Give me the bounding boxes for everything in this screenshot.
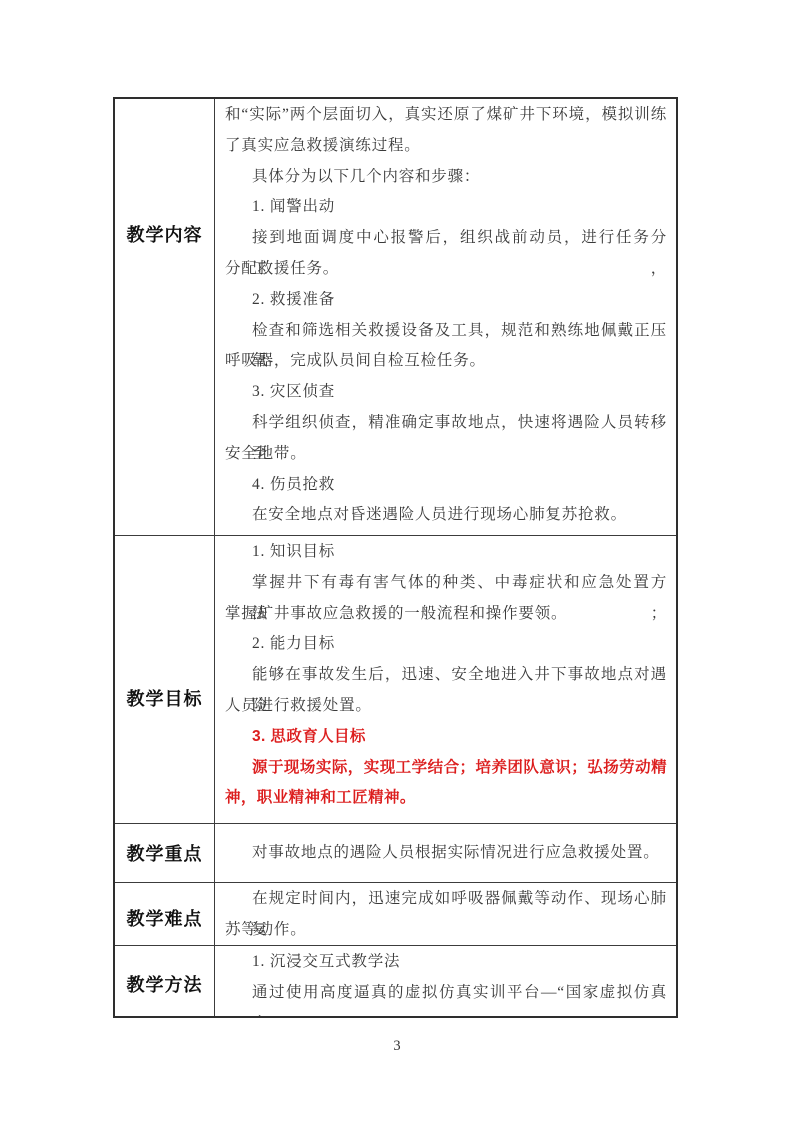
row-body-cell: 对事故地点的遇险人员根据实际情况进行应急救援处置。 — [215, 824, 676, 882]
row-header-cell: 教学方法 — [115, 946, 215, 1016]
row-label-teaching-methods: 教学方法 — [115, 973, 214, 997]
page-number: 3 — [0, 1038, 794, 1055]
content-line: 了真实应急救援演练过程。 — [225, 131, 667, 162]
row-body-cell: 1. 沉浸交互式教学法 通过使用高度逼真的虚拟仿真实训平台—“国家虚拟仿真实 — [215, 946, 676, 1016]
table-row-teaching-objectives: 教学目标 1. 知识目标 掌握井下有毒有害气体的种类、中毒症状和应急处置方法； … — [115, 535, 676, 823]
content-line: 能够在事故发生后，迅速、安全地进入井下事故地点对遇险 — [225, 660, 667, 691]
content-line: 对事故地点的遇险人员根据实际情况进行应急救援处置。 — [225, 838, 667, 869]
row-header-cell: 教学难点 — [115, 883, 215, 945]
content-line: 苏等动作。 — [225, 915, 667, 945]
content-line: 在规定时间内，迅速完成如呼吸器佩戴等动作、现场心肺复 — [225, 884, 667, 915]
content-line: 人员进行救援处置。 — [225, 691, 667, 722]
content-line: 2. 能力目标 — [225, 629, 667, 660]
content-line: 通过使用高度逼真的虚拟仿真实训平台—“国家虚拟仿真实 — [225, 978, 667, 1009]
content-line: 2. 救援准备 — [225, 285, 667, 316]
row-label-teaching-focus: 教学重点 — [115, 842, 214, 866]
table-row-teaching-content: 教学内容 和“实际”两个层面切入，真实还原了煤矿井下环境，模拟训练 了真实应急救… — [115, 99, 676, 535]
content-line: 在安全地点对昏迷遇险人员进行现场心肺复苏抢救。 — [225, 500, 667, 531]
content-line: 具体分为以下几个内容和步骤： — [225, 162, 667, 193]
content-line: 1. 知识目标 — [225, 537, 667, 568]
row-label-teaching-objectives: 教学目标 — [115, 687, 214, 711]
row-body-cell: 在规定时间内，迅速完成如呼吸器佩戴等动作、现场心肺复 苏等动作。 — [215, 883, 676, 945]
table-row-teaching-methods: 教学方法 1. 沉浸交互式教学法 通过使用高度逼真的虚拟仿真实训平台—“国家虚拟… — [115, 945, 676, 1016]
row-header-cell: 教学目标 — [115, 536, 215, 823]
content-line: 1. 闻警出动 — [225, 192, 667, 223]
row-label-teaching-content: 教学内容 — [115, 223, 214, 247]
content-line: 安全地带。 — [225, 439, 667, 470]
row-body-cell: 1. 知识目标 掌握井下有毒有害气体的种类、中毒症状和应急处置方法； 掌握矿井事… — [215, 536, 676, 823]
lesson-plan-table: 教学内容 和“实际”两个层面切入，真实还原了煤矿井下环境，模拟训练 了真实应急救… — [113, 97, 678, 1018]
content-line: 和“实际”两个层面切入，真实还原了煤矿井下环境，模拟训练 — [225, 100, 667, 131]
table-row-teaching-focus: 教学重点 对事故地点的遇险人员根据实际情况进行应急救援处置。 — [115, 823, 676, 882]
row-body-cell: 和“实际”两个层面切入，真实还原了煤矿井下环境，模拟训练 了真实应急救援演练过程… — [215, 99, 676, 535]
content-line: 3. 灾区侦查 — [225, 377, 667, 408]
document-page: { "document": { "page_number": "3", "col… — [0, 0, 794, 1123]
content-line: 呼吸器，完成队员间自检互检任务。 — [225, 346, 667, 377]
content-line: 科学组织侦查，精准确定事故地点，快速将遇险人员转移至 — [225, 408, 667, 439]
row-label-teaching-difficulty: 教学难点 — [115, 907, 214, 931]
row-header-cell: 教学内容 — [115, 99, 215, 535]
content-line: 接到地面调度中心报警后，组织战前动员，进行任务分工， — [225, 223, 667, 254]
table-row-teaching-difficulty: 教学难点 在规定时间内，迅速完成如呼吸器佩戴等动作、现场心肺复 苏等动作。 — [115, 882, 676, 945]
content-line-ideology-goal: 源于现场实际，实现工学结合；培养团队意识；弘扬劳动精 — [225, 753, 667, 784]
content-line: 4. 伤员抢救 — [225, 470, 667, 501]
content-line: 掌握井下有毒有害气体的种类、中毒症状和应急处置方法； — [225, 568, 667, 599]
content-line: 1. 沉浸交互式教学法 — [225, 947, 667, 978]
content-line-ideology-goal: 神，职业精神和工匠精神。 — [225, 783, 667, 814]
row-header-cell: 教学重点 — [115, 824, 215, 882]
content-line-ideology-goal: 3. 思政育人目标 — [225, 722, 667, 753]
content-line: 检查和筛选相关救援设备及工具，规范和熟练地佩戴正压氧 — [225, 316, 667, 347]
